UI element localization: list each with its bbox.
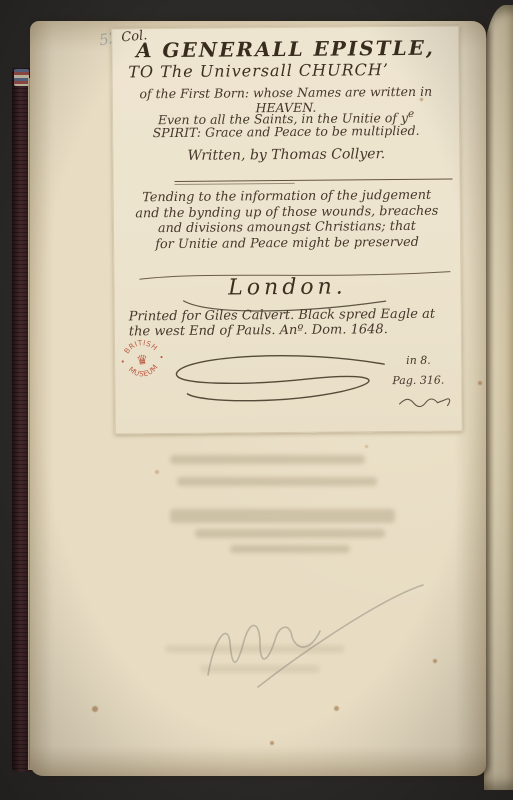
pagination-note: Pag. 316. xyxy=(392,374,444,387)
headband xyxy=(14,69,29,86)
purpose-line-1: Tending to the information of the judgem… xyxy=(142,188,431,206)
foxing-spot xyxy=(478,381,482,385)
foxing-spot xyxy=(334,706,339,711)
purpose-line-4: for Unitie and Peace might be preserved xyxy=(155,235,419,252)
foxing-spot xyxy=(365,445,368,448)
pasted-title-leaf: Col. A GENERALL EPISTLE, TO The Universa… xyxy=(111,25,463,434)
stamp-crown-icon: ♛ xyxy=(136,353,149,369)
format-note: in 8. xyxy=(406,354,431,367)
rule-divider-top xyxy=(175,179,453,182)
author-line: Written, by Thomas Collyer. xyxy=(112,145,460,164)
photo-background: 529 Col. A GENERALL EPISTLE, TO The Univ… xyxy=(0,0,513,800)
purpose-statement: Tending to the information of the judgem… xyxy=(113,187,462,252)
pencil-inscription xyxy=(180,579,430,691)
foxing-spot xyxy=(433,659,437,663)
book-page: 529 Col. A GENERALL EPISTLE, TO The Univ… xyxy=(30,21,486,776)
scribble-mark xyxy=(397,395,453,409)
dedication-line-2: SPIRIT: Grace and Peace to be multiplied… xyxy=(112,122,460,140)
foxing-spot xyxy=(420,98,423,101)
imprint-line-2: the west End of Pauls. Anº. Dom. 1648. xyxy=(114,321,462,339)
superscript-e: e xyxy=(408,108,414,120)
title-line-2: TO The Universall CHURCH’ xyxy=(112,59,460,81)
title-line-1: A GENERALL EPISTLE, xyxy=(111,35,459,62)
adjacent-page-curl xyxy=(484,5,513,790)
purpose-line-3: and divisions amoungst Christians; that xyxy=(158,219,416,236)
foxing-spot xyxy=(92,706,98,712)
foxing-spot xyxy=(270,741,274,745)
rule-divider-top-second-stroke xyxy=(175,183,295,185)
show-through-text xyxy=(155,441,405,571)
foxing-spot xyxy=(155,470,159,474)
calligraphic-flourish xyxy=(159,350,405,414)
